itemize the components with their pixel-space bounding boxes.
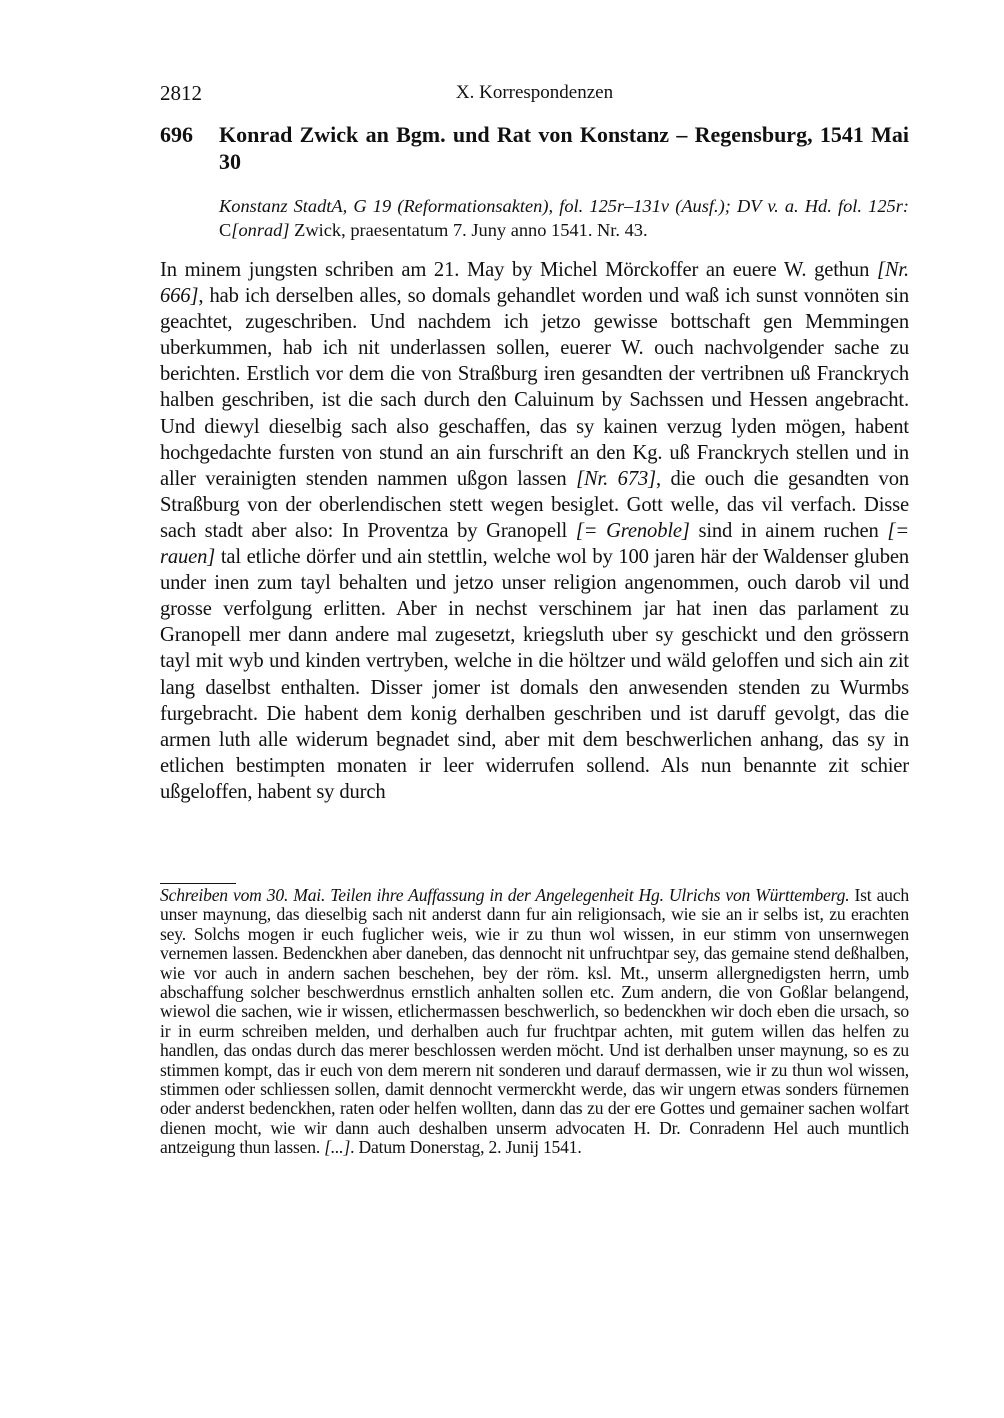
omission-mark: [...] [324,1137,350,1157]
document-number: 696 [160,121,193,148]
document-heading: 696 Konrad Zwick an Bgm. und Rat von Kon… [160,121,909,175]
cross-reference: [Nr. 673] [576,468,656,490]
source-c-prefix: C [219,220,231,240]
main-text-segment: In minem jungsten schriben am 21. May by… [160,259,877,281]
main-text: In minem jungsten schriben am 21. May by… [160,257,909,805]
footnote-summary: Schreiben vom 30. Mai. Teilen ihre Auffa… [160,885,849,905]
main-text-segment: sind in ainem ruchen [690,520,888,542]
source-c-expansion: [onrad] [231,220,289,240]
document-title: Konrad Zwick an Bgm. und Rat von Konstan… [219,121,909,175]
source-rest: Zwick, praesentatum 7. Juny anno 1541. N… [290,220,648,240]
footnote-divider [160,883,236,884]
running-head: 2812 X. Korrespondenzen [160,80,909,106]
source-note: Konstanz StadtA, G 19 (Reformationsakten… [219,194,909,242]
footnote: Schreiben vom 30. Mai. Teilen ihre Auffa… [160,886,909,1158]
source-archive: Konstanz StadtA, G 19 (Reformationsakten… [219,196,909,216]
footnote-closing: . Datum Donerstag, 2. Junij 1541. [350,1137,581,1157]
main-text-segment: tal etliche dörfer und ain stettlin, wel… [160,546,909,803]
main-text-segment: , hab ich derselben alles, so domals geh… [160,285,909,490]
editorial-gloss: [= Grenoble] [576,520,690,542]
section-title: X. Korrespondenzen [160,80,909,106]
footnote-body: Ist auch unser maynung, das dieselbig sa… [160,885,909,1157]
